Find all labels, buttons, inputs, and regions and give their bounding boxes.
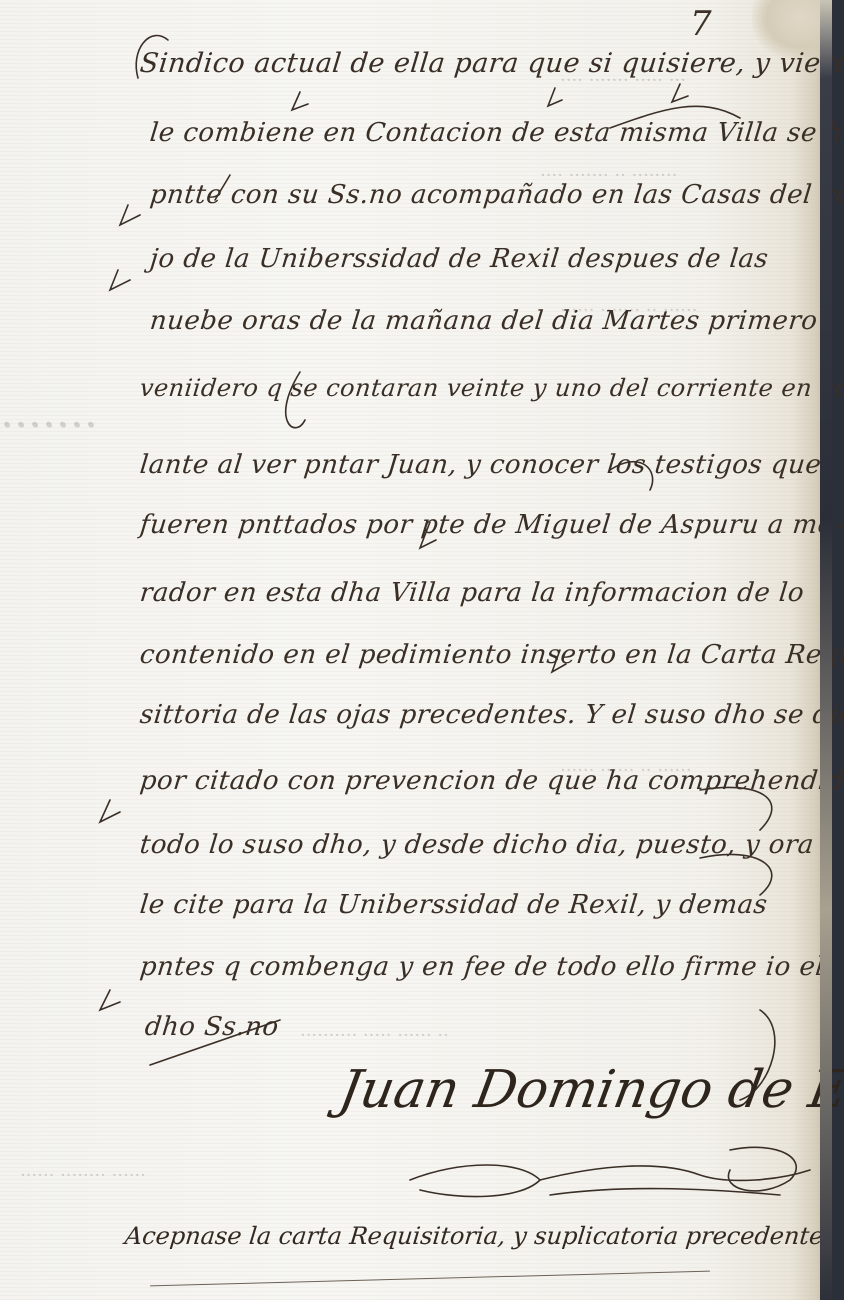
scan-background-strip [820,0,832,1300]
manuscript-line: veniidero q se contaran veinte y uno del… [139,374,844,402]
manuscript-page: ··· ····· ······· ···· ········ ·· ·····… [0,0,832,1300]
signature: Juan Domingo de Elola [335,1060,844,1120]
manuscript-line: le cite para la Uniberssidad de Rexil, y… [138,890,769,920]
footer-note: Acepnase la carta Requisitoria, y suplic… [124,1222,825,1250]
manuscript-line: jo de la Uniberssidad de Rexil despues d… [148,244,770,274]
footer-underline [150,1271,710,1287]
manuscript-line: pntes q combenga y en fee de todo ello f… [138,952,825,982]
manuscript-line: nuebe oras de la mañana del dia Martes p… [148,306,819,336]
bleed-through-text: ······ ········ ······ [20,1165,146,1186]
manuscript-line: Sindico actual de ella para que si quisi… [138,48,844,79]
bleed-through-text: ······· [0,400,98,451]
manuscript-line: contenido en el pedimiento inserto en la… [138,640,844,670]
manuscript-line: dho Ss.no [143,1012,280,1042]
manuscript-line: le combiene en Contacion de esta misma V… [148,118,844,148]
folio-number: 7 [690,4,712,44]
manuscript-line: sittoria de las ojas precedentes. Y el s… [138,700,844,730]
manuscript-line: por citado con prevencion de que ha comp… [138,766,844,796]
bleed-through-text: ·· ······ ····· ·········· [300,1025,449,1046]
manuscript-line: fueren pnttados por pte de Miguel de Asp… [138,510,844,540]
manuscript-line: pntte con su Ss.no acompañado en las Cas… [148,180,844,210]
signature-rubric-icon [400,1140,820,1210]
manuscript-line: lante al ver pntar Juan, y conocer los t… [138,450,823,480]
manuscript-line: rador en esta dha Villa para la informac… [138,578,805,608]
manuscript-line: todo lo suso dho, y desde dicho dia, pue… [138,830,815,860]
